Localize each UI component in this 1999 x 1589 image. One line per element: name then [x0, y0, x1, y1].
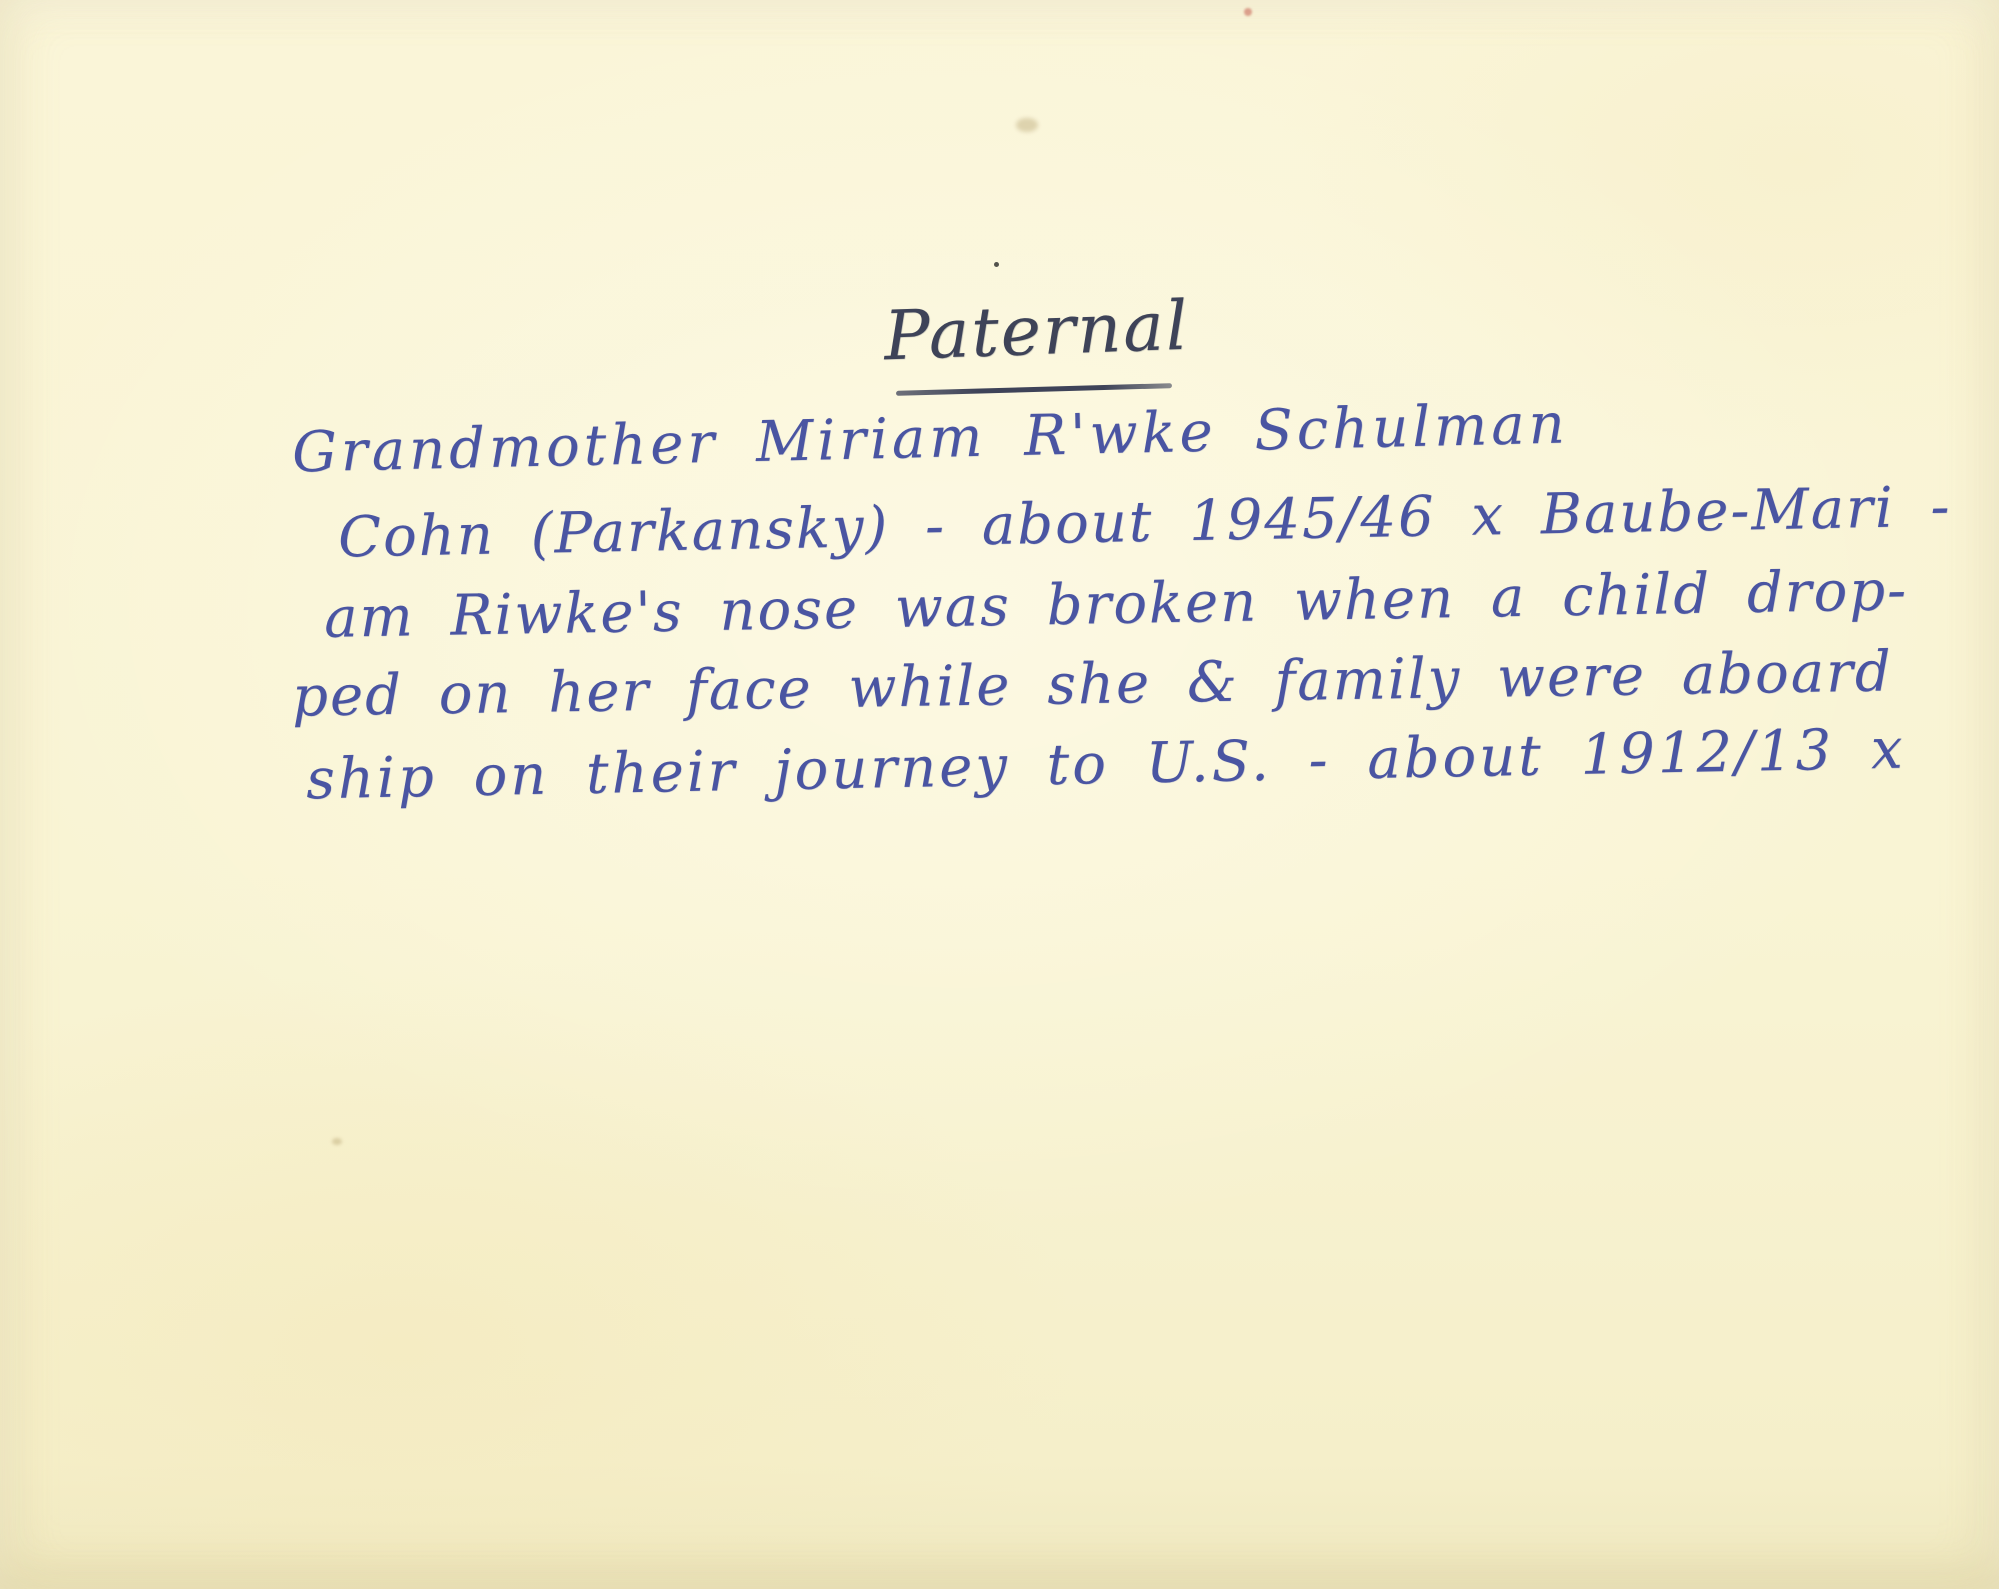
scanned-page: Paternal Grandmother Miriam R'wke Schulm… [0, 0, 1999, 1589]
handwritten-line: am Riwke's nose was broken when a child … [324, 558, 1909, 651]
paper-stain [1016, 118, 1038, 132]
handwritten-line: Cohn (Parkansky) - about 1945/46 x Baube… [338, 475, 1952, 571]
handwritten-line: ped on her face while she & family were … [292, 639, 1894, 729]
paper-speck [332, 1138, 342, 1145]
handwritten-line: Grandmother Miriam R'wke Schulman [291, 392, 1569, 486]
paper-speck [1244, 8, 1252, 16]
paper-speck [994, 262, 999, 267]
handwritten-line: ship on their journey to U.S. - about 19… [306, 717, 1907, 813]
page-title: Paternal [883, 287, 1191, 377]
title-underline [896, 383, 1172, 396]
